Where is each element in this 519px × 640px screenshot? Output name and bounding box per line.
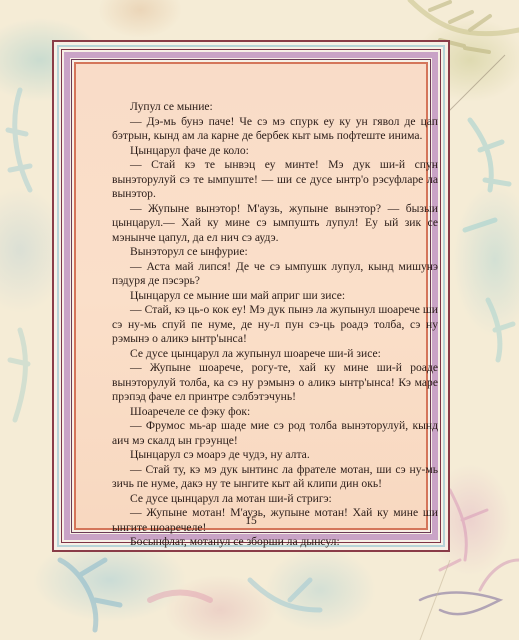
story-text: Лупул се мыние: — Дэ-мь бунэ паче! Че сэ… xyxy=(112,100,438,550)
text-panel: Лупул се мыние: — Дэ-мь бунэ паче! Че сэ… xyxy=(74,62,428,530)
paragraph: Цынцарул фаче де коло: xyxy=(112,144,438,159)
paragraph: — Аста май липся! Де че сэ ымпушк лупул,… xyxy=(112,260,438,289)
paragraph: Цынцарул се мыние ши май априг ши зисе: xyxy=(112,289,438,304)
paragraph: — Жупыне вынэтор! М'аузь, жупыне вынэтор… xyxy=(112,202,438,246)
paragraph: Босынфлат, мотанул се зборши ла дынсул: xyxy=(112,535,438,550)
paragraph: Цынцарул сэ моарэ де чудэ, ну алта. xyxy=(112,448,438,463)
paragraph: — Жупыне шоарече, рогу-те, хай ку мине ш… xyxy=(112,361,438,405)
paragraph: — Стай ту, кэ мэ дук ынтинс ла фрателе м… xyxy=(112,463,438,492)
paragraph: — Дэ-мь бунэ паче! Че сэ мэ спурк еу ку … xyxy=(112,115,438,144)
paragraph: — Стай, кэ ць-о кок еу! Мэ дук пынэ ла ж… xyxy=(112,303,438,347)
paragraph: — Фрумос мь-ар шаде мие сэ род толба вын… xyxy=(112,419,438,448)
paragraph: Лупул се мыние: xyxy=(112,100,438,115)
paragraph: Вынэторул се ынфурие: xyxy=(112,245,438,260)
paragraph: — Стай кэ те ынвэц еу минте! Мэ дук ши-й… xyxy=(112,158,438,202)
page-frame: Лупул се мыние: — Дэ-мь бунэ паче! Че сэ… xyxy=(52,40,450,552)
paragraph: Се дусе цынцарул ла жупынул шоарече ши-й… xyxy=(112,347,438,362)
page-number: 15 xyxy=(76,515,426,527)
paragraph: Шоаречеле се фэку фок: xyxy=(112,405,438,420)
paragraph: Се дусе цынцарул ла мотан ши-й стригэ: xyxy=(112,492,438,507)
